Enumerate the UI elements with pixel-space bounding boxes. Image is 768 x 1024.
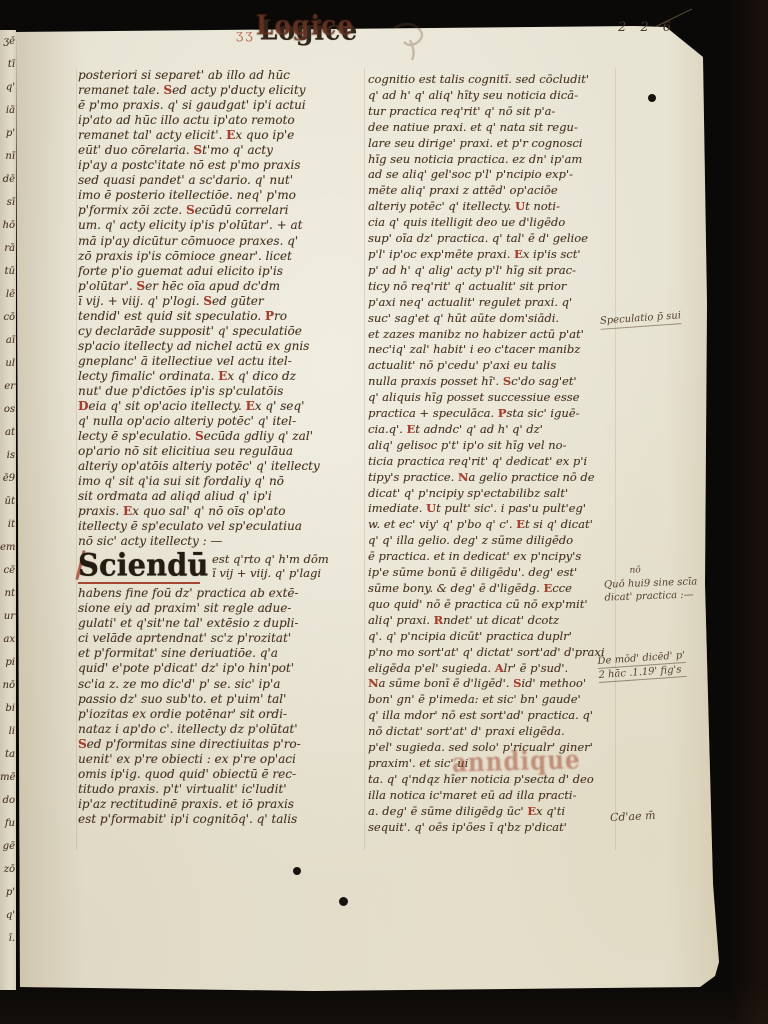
rubricated-letter: S xyxy=(503,374,511,388)
manuscript-line: ī. xyxy=(0,927,16,950)
manuscript-line: q' nulla op'acio alteriy potēc' q' itel- xyxy=(78,414,366,429)
rubricated-letter: S xyxy=(136,279,145,293)
manuscript-line: nec'iq' zal' habit' i eo c'tacer manibz xyxy=(368,342,618,358)
manuscript-line: aliq' praxi. Rndet' ut dicat' dcotz xyxy=(368,613,618,629)
manuscript-line: rā xyxy=(0,237,16,260)
running-header: ʒʒ LogiceLogice xyxy=(236,16,358,45)
manuscript-line: est q'rto q' h'm dōm xyxy=(212,552,372,566)
red-underline xyxy=(78,582,200,584)
manuscript-line: ī vij + viij. q' p'lagi xyxy=(212,566,372,580)
manuscript-line: tipy's practice. Na gelio practice nō de xyxy=(368,470,618,486)
manuscript-line: q' xyxy=(0,76,16,99)
manuscript-line: a. deg' ē sūme diligēdg ūc' Ex q'ti xyxy=(368,804,618,820)
manuscript-line: p' xyxy=(0,122,16,145)
manuscript-line: mā ip'ay dicūtur cōmuoce praxes. q' xyxy=(78,234,366,249)
manuscript-line: sed quasi pandet' a sc'dario. q' nut' xyxy=(78,173,366,188)
page-title: LogiceLogice xyxy=(260,15,358,46)
manuscript-line: ad se aliq' gel'soc p'l' p'ncipio exp'- xyxy=(368,167,618,183)
manuscript-line: ʒē xyxy=(0,30,16,53)
manuscript-line: et p'formitat' sine deriuatiōe. q'a xyxy=(78,646,366,661)
manuscript-line: cō xyxy=(0,306,16,329)
manuscript-line: sione eiy ad praxim' sit regle adue- xyxy=(78,601,366,616)
manuscript-line: dē xyxy=(0,168,16,191)
rubricated-letter: R xyxy=(434,613,444,627)
rubricated-letter: U xyxy=(426,501,436,515)
manuscript-line: bon' gn' ē p'imeda: et sic' bn' gaude' xyxy=(368,692,618,708)
header-red-ghost: Logice xyxy=(256,9,354,40)
manuscript-line: Na sūme bonī ē d'ligēd'. Sid' methoo' xyxy=(368,676,618,692)
manuscript-line: quid' e'pote p'dicat' dz' ip'o hin'pot' xyxy=(78,661,366,676)
manuscript-line: ē9 xyxy=(0,467,16,490)
manuscript-line: alteriy potēc' q' itellecty. Ut noti- xyxy=(368,199,618,215)
manuscript-line: actualit' nō p'cedu' p'axi eu talis xyxy=(368,358,618,374)
rubricated-letter: S xyxy=(78,737,87,751)
manuscript-line: aliq' gelisoc p't' ip'o sit hīg vel no- xyxy=(368,438,618,454)
manuscript-line: nataz i ap'do c'. itellecty dz p'olūtat' xyxy=(78,722,366,737)
manuscript-line: ip'ato ad hūc illo actu ip'ato remoto xyxy=(78,113,366,128)
rubricated-letter: E xyxy=(218,369,227,383)
manuscript-line: remanet tale. Sed acty p'ducty elicity xyxy=(78,83,366,98)
manuscript-line: sc'ia z. ze mo dic'd' p' se. sic' ip'a xyxy=(78,677,366,692)
manuscript-line: Deia q' sit op'acio itellecty. Ex q' seq… xyxy=(78,399,366,414)
manuscript-line: eligēda p'el' sugieda. Alr' ē p'sud'. xyxy=(368,661,618,677)
rubricated-letter: N xyxy=(368,676,379,690)
manuscript-line: mēte aliq' praxi z attēd' op'aciōe xyxy=(368,183,618,199)
manuscript-line: lecty fimalic' ordinata. Ex q' dico dz xyxy=(78,369,366,384)
manuscript-line: mē xyxy=(0,766,16,789)
manuscript-line: sī xyxy=(0,191,16,214)
manuscript-line: bi xyxy=(0,697,16,720)
manuscript-line: sp'acio itellecty ad nichel actū ex gnis xyxy=(78,339,366,354)
manuscript-line: lare seu dirige' praxi. et p'r cognosci xyxy=(368,136,618,152)
manuscript-line: w. et ec' viy' q' p'bo q' c'. Et si q' d… xyxy=(368,517,618,533)
manuscript-line: lē xyxy=(0,283,16,306)
manuscript-line: fu xyxy=(0,812,16,835)
manuscript-line: posteriori si separet' ab illo ad hūc xyxy=(78,68,366,83)
manuscript-line: do xyxy=(0,789,16,812)
manuscript-line: p' ad h' q' alig' acty p'l' hīg sit prac… xyxy=(368,263,618,279)
header-red-marks: ʒʒ xyxy=(236,28,255,43)
manuscript-line: nō xyxy=(0,674,16,697)
ink-dot xyxy=(293,867,301,875)
manuscript-line: p'formix zōi zcte. Secūdū correlari xyxy=(78,203,366,218)
manuscript-line: lecty ē sp'eculatio. Secūda gdliy q' zal… xyxy=(78,429,366,444)
manuscript-line: ul xyxy=(0,352,16,375)
manuscript-line: zō praxis ip'is cōmioce gnear'. licet xyxy=(78,249,366,264)
manuscript-line: tur practica req'rit' q' nō sit p'a- xyxy=(368,104,618,120)
rubricated-letter: E xyxy=(514,247,523,261)
rubricated-letter: E xyxy=(226,128,235,142)
ink-dot xyxy=(648,94,656,102)
rubricated-letter: A xyxy=(495,661,504,675)
manuscript-line: illa notica ic'maret eū ad illa practi- xyxy=(368,788,618,804)
rubricated-letter: E xyxy=(246,399,255,413)
rubricated-letter: E xyxy=(543,581,552,595)
manuscript-line: ticy nō req'rit' q' actualit' sit prior xyxy=(368,279,618,295)
manuscript-line: ip'ay a postc'itate nō est p'mo praxis xyxy=(78,158,366,173)
manuscript-line: habens fine foū dz' practica ab extē- xyxy=(78,586,366,601)
red-offset-stamp: anndique xyxy=(452,744,581,778)
manuscript-line: ē practica. et in dedicat' ex p'ncipy's xyxy=(368,549,618,565)
manuscript-line: sūme bony. & deg' ē d'ligēdg. Ecce xyxy=(368,581,618,597)
manuscript-line: tendid' est quid sit speculatio. Pro xyxy=(78,309,366,324)
folio-number: 2 2 6 xyxy=(618,20,676,35)
manuscript-line: it xyxy=(0,513,16,536)
manuscript-line: titudo praxis. p't' virtualit' ic'ludit' xyxy=(78,782,366,797)
manuscript-line: p'iozitas ex ordie potēnar' sit ordi- xyxy=(78,707,366,722)
manuscript-line: imediate. Ut pult' sic'. i pas'u pult'eg… xyxy=(368,501,618,517)
rubricated-letter: S xyxy=(163,83,172,97)
manuscript-line: op'ario nō sit elicitiua seu regulāua xyxy=(78,444,366,459)
left-column-lower-text: habens fine foū dz' practica ab extē-sio… xyxy=(78,586,366,828)
manuscript-line: quo quid' nō ē practica cū nō exp'mit' xyxy=(368,597,618,613)
margin-note-quo-huius: nōQuō hui9 sine scīadicat' practica :— xyxy=(603,562,698,604)
manuscript-line: li xyxy=(0,720,16,743)
manuscript-line: ip'e sūme bonū ē diligēdu'. deg' est' xyxy=(368,565,618,581)
manuscript-line: hīg seu noticia practica. ez dn' ip'am xyxy=(368,152,618,168)
rubricated-letter: D xyxy=(78,399,88,413)
manuscript-line: pi xyxy=(0,651,16,674)
manuscript-line: um. q' acty elicity ip'is p'olūtar'. + a… xyxy=(78,218,366,233)
rubricated-letter: U xyxy=(515,199,525,213)
manuscript-line: nō dictat' sort'at' d' praxi eligēda. xyxy=(368,724,618,740)
manuscript-line: q'. q' p'ncipia dicūt' practica duplr' xyxy=(368,629,618,645)
manuscript-line: et zazes manibz no habizer actū p'at' xyxy=(368,327,618,343)
manuscript-line: q' illa mdor' nō est sort'ad' practica. … xyxy=(368,708,618,724)
manuscript-line: cia.q'. Et adndc' q' ad h' q' dz' xyxy=(368,422,618,438)
manuscript-line: gulati' et q'sit'ne tal' extēsio z dupli… xyxy=(78,616,366,631)
manuscript-line: p'axi neq' actualit' regulet praxi. q' xyxy=(368,295,618,311)
manuscript-line: dee natiue praxi. et q' nata sit regu- xyxy=(368,120,618,136)
manuscript-line: tī xyxy=(0,53,16,76)
left-column-upper-text: posteriori si separet' ab illo ad hūcrem… xyxy=(78,68,366,550)
right-column-text: cognitio est talis cognitī. sed cōcludit… xyxy=(368,72,618,838)
manuscript-line: est p'formabit' ip'i cognitōq'. q' talis xyxy=(78,812,366,827)
manuscript-line: uenit' ex p're obiecti : ex p're op'aci xyxy=(78,752,366,767)
manuscript-line: is xyxy=(0,444,16,467)
manuscript-line: imo ē posterio itellectiōe. neq' p'mo xyxy=(78,188,366,203)
manuscript-line: ci velāde aprtendnat' sc'z p'rozitat' xyxy=(78,631,366,646)
manuscript-line: ip'az rectitudinē praxis. et iō praxis xyxy=(78,797,366,812)
sciendum-heading: Sciendū xyxy=(78,548,209,588)
manuscript-line: ē p'mo praxis. q' si gaudgat' ip'i actui xyxy=(78,98,366,113)
manuscript-line: passio dz' suo sub'to. et p'uim' tal' xyxy=(78,692,366,707)
rubricated-letter: P xyxy=(265,309,274,323)
manuscript-line: tū xyxy=(0,260,16,283)
manuscript-line: dicat' q' p'ncipiy sp'ectabilibz salt' xyxy=(368,486,618,502)
manuscript-line: at xyxy=(0,421,16,444)
manuscript-line: ta xyxy=(0,743,16,766)
manuscript-line: sup' oīa dz' practica. q' tal' ē d' geli… xyxy=(368,231,618,247)
manuscript-line: suc' sag'et q' hūt aūte dom'siādi. xyxy=(368,311,618,327)
manuscript-line: omis ip'ig. quod quid' obiectū ē rec- xyxy=(78,767,366,782)
manuscript-line: eūt' duo cōrelaria. St'mo q' acty xyxy=(78,143,366,158)
margin-note-cdae: Cd'ae m̄ xyxy=(610,809,656,824)
manuscript-line: ticia practica req'rit' q' dedicat' ex p… xyxy=(368,454,618,470)
sciendum-word: Sciendū xyxy=(78,547,209,583)
manuscript-line: gneplanc' ā itellectiue vel actu itel- xyxy=(78,354,366,369)
manuscript-line: os xyxy=(0,398,16,421)
manuscript-line: iā xyxy=(0,99,16,122)
manuscript-line: Cd'ae m̄ xyxy=(610,809,656,824)
manuscript-line: forte p'io guemat adui elicito ip'is xyxy=(78,264,366,279)
manuscript-line: alteriy op'atōis alteriy potēc' q' itell… xyxy=(78,459,366,474)
rubricated-letter: E xyxy=(123,504,132,518)
manuscript-line: q' ad h' q' aliq' hīty seu noticia dicā- xyxy=(368,88,618,104)
manuscript-line: q' xyxy=(0,904,16,927)
manuscript-line: aī xyxy=(0,329,16,352)
manuscript-line: nut' due p'dictōes ip'is sp'culatōis xyxy=(78,384,366,399)
rubricated-letter: E xyxy=(406,422,415,436)
manuscript-line: q' aliquis hīg posset successiue esse xyxy=(368,390,618,406)
rubricated-letter: E xyxy=(527,804,536,818)
rubricated-letter: S xyxy=(195,429,204,443)
manuscript-line: sequit'. q' oēs ip'ōes ī q'bz p'dicat' xyxy=(368,820,618,836)
manuscript-line: praxis. Ex quo sal' q' nō oīs op'ato xyxy=(78,504,366,519)
rubricated-letter: S xyxy=(193,143,202,157)
manuscript-line: ī vij. + viij. q' p'logi. Sed gūter xyxy=(78,294,366,309)
manuscript-line: zō xyxy=(0,858,16,881)
manuscript-line: practica + speculāca. Psta sic' iguē- xyxy=(368,406,618,422)
manuscript-line: p' xyxy=(0,881,16,904)
manuscript-line: cē xyxy=(0,559,16,582)
manuscript-line: ūt xyxy=(0,490,16,513)
manuscript-line: q' q' illa gelio. deg' z sūme diligēdo xyxy=(368,533,618,549)
manuscript-line: hō xyxy=(0,214,16,237)
manuscript-line: nt xyxy=(0,582,16,605)
manuscript-line: cia q' quis itelligit deo ue d'ligēdo xyxy=(368,215,618,231)
manuscript-line: p'no mo sort'at' q' dictat' sort'ad' d'p… xyxy=(368,645,618,661)
facing-page-edge: ʒētīq'iāp'nīdēsīhōrātūlēcōaīulerosatisē9… xyxy=(0,30,16,990)
manuscript-line: ax xyxy=(0,628,16,651)
sciendum-beside-lines: est q'rto q' h'm dōmī vij + viij. q' p'l… xyxy=(212,552,372,580)
manuscript-line: sit ordmata ad aliqd aliud q' ip'i xyxy=(78,489,366,504)
ruling-line-left xyxy=(76,68,77,850)
manuscript-line: er xyxy=(0,375,16,398)
manuscript-line: p'olūtar'. Ser hēc oīa apud dc'dm xyxy=(78,279,366,294)
manuscript-line: imo q' sit q'ia sui sit fordaliy q' nō xyxy=(78,474,366,489)
manuscript-line: cy declarāde supposit' q' speculatiōe xyxy=(78,324,366,339)
rubricated-letter: S xyxy=(186,203,195,217)
header-flourish-icon xyxy=(388,18,440,62)
manuscript-line: nī xyxy=(0,145,16,168)
manuscript-line: ur xyxy=(0,605,16,628)
manuscript-line: em xyxy=(0,536,16,559)
manuscript-line: gē xyxy=(0,835,16,858)
ink-dot xyxy=(339,897,348,906)
rubricated-letter: E xyxy=(516,517,525,531)
manuscript-line: p'l' ip'oc exp'mēte praxi. Ex ip'is sct' xyxy=(368,247,618,263)
manuscript-line: itellecty ē sp'eculato vel sp'eculatiua xyxy=(78,519,366,534)
manuscript-line: remanet tal' acty elicit'. Ex quo ip'e xyxy=(78,128,366,143)
manuscript-line: Sed p'formitas sine directiuitas p'ro- xyxy=(78,737,366,752)
rubricated-letter: N xyxy=(458,470,469,484)
manuscript-line: cognitio est talis cognitī. sed cōcludit… xyxy=(368,72,618,88)
manuscript-line: nulla praxis posset hī'. Sc'do sag'et' xyxy=(368,374,618,390)
rubricated-letter: S xyxy=(203,294,212,308)
